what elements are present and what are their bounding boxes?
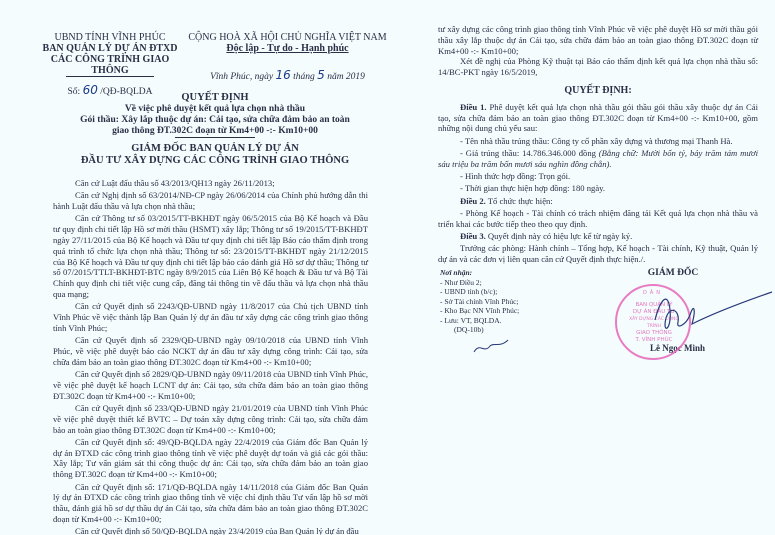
initials-scribble	[470, 338, 510, 358]
recipients-block: Nơi nhận: - Như Điều 2; - UBND tỉnh (b/c…	[440, 268, 590, 335]
recipient-item: - Như Điều 2;	[440, 278, 590, 288]
legal-basis-item: Căn cứ Quyết định số 2829/QĐ-UBND ngày 0…	[53, 369, 368, 401]
authority-block: GIÁM ĐỐC BAN QUẢN LÝ DỰ ÁN ĐẦU TƯ XÂY DỰ…	[40, 143, 390, 167]
recipient-item: - Sở Tài chính Vĩnh Phúc;	[440, 297, 590, 307]
duration-line: - Thời gian thực hiện hợp đồng: 180 ngày…	[438, 183, 758, 194]
article-3-detail: Trưởng các phòng: Hành chính – Tổng hợp,…	[438, 243, 758, 265]
recipient-item: - UBND tỉnh (b/c);	[440, 287, 590, 297]
legal-basis-item: Căn cứ Quyết định số 2329/QĐ-UBND ngày 0…	[53, 335, 368, 367]
legal-basis-item: Căn cứ Thông tư số 03/2015/TT-BKHĐT ngày…	[53, 213, 368, 299]
contract-type-line: - Hình thức hợp đồng: Trọn gói.	[438, 171, 758, 182]
decision-title: QUYẾT ĐỊNH	[40, 92, 390, 104]
winner-line: - Tên nhà thầu trúng thầu: Công ty cổ ph…	[438, 136, 758, 147]
legal-basis-item: Căn cứ Quyết định số 233/QĐ-UBND ngày 21…	[53, 403, 368, 435]
recipients-label: Nơi nhận:	[440, 268, 590, 278]
left-page: UBND TỈNH VĨNH PHÚC BAN QUẢN LÝ DỰ ÁN ĐT…	[0, 0, 388, 535]
signature-scribble	[600, 280, 775, 350]
consideration-paragraph: Xét đề nghị của Phòng Kỹ thuật tại Báo c…	[438, 56, 758, 78]
legal-basis-item: Căn cứ Quyết định số 50/QĐ-BQLDA ngày 23…	[53, 526, 368, 535]
recipient-item: - Lưu: VT, BQLDA.	[440, 316, 590, 326]
article-2: Điều 2. Tổ chức thực hiện:	[438, 196, 758, 207]
recipient-item: - Kho Bạc NN Vĩnh Phúc;	[440, 306, 590, 316]
issuer-header: UBND TỈNH VĨNH PHÚC BAN QUẢN LÝ DỰ ÁN ĐT…	[40, 32, 180, 98]
decision-title-block: QUYẾT ĐỊNH Về việc phê duyệt kết quả lựa…	[40, 92, 390, 138]
document-date: Vĩnh Phúc, ngày 16 tháng 5 năm 2019	[185, 70, 390, 83]
province-name: UBND TỈNH VĨNH PHÚC	[40, 32, 180, 43]
country-name: CỘNG HOÀ XÃ HỘI CHỦ NGHĨA VIỆT NAM	[185, 32, 390, 43]
article-3: Điều 3. Quyết định này có hiệu lực kể từ…	[438, 231, 758, 242]
right-page: tư xây dựng các công trình giao thông tỉ…	[388, 0, 775, 535]
legal-basis-item: Căn cứ Luật đấu thầu số 43/2013/QH13 ngà…	[53, 178, 368, 189]
document-code: (DQ-10b)	[440, 325, 590, 335]
price-line: - Giá trúng thầu: 14.786.346.000 đồng (B…	[438, 148, 758, 170]
legal-basis-item: Căn cứ Quyết định số: 171/QĐ-BQLDA ngày …	[53, 482, 368, 525]
decision-heading: QUYẾT ĐỊNH:	[438, 86, 758, 97]
legal-basis-list: Căn cứ Luật đấu thầu số 43/2013/QH13 ngà…	[53, 178, 368, 535]
legal-basis-item: Căn cứ Quyết định số: 49/QĐ-BQLDA ngày 2…	[53, 437, 368, 480]
legal-basis-item: Căn cứ Nghị định số 63/2014/NĐ-CP ngày 2…	[53, 190, 368, 212]
agency-name-2: CÁC CÔNG TRÌNH GIAO THÔNG	[40, 54, 180, 76]
national-motto: Độc lập - Tự do - Hạnh phúc	[185, 43, 390, 54]
agency-name-1: BAN QUẢN LÝ DỰ ÁN ĐTXD	[40, 43, 180, 54]
continuation-paragraph: tư xây dựng các công trình giao thông tỉ…	[438, 24, 758, 56]
article-1: Điều 1. Phê duyệt kết quả lựa chọn nhà t…	[438, 102, 758, 134]
signer-title: GIÁM ĐỐC	[628, 268, 718, 278]
right-body: tư xây dựng các công trình giao thông tỉ…	[438, 24, 758, 266]
legal-basis-item: Căn cứ Quyết định số 2243/QĐ-UBND ngày 1…	[53, 301, 368, 333]
national-header: CỘNG HOÀ XÃ HỘI CHỦ NGHĨA VIỆT NAM Độc l…	[185, 32, 390, 83]
article-2-detail: - Phòng Kế hoạch - Tài chính có trách nh…	[438, 208, 758, 230]
